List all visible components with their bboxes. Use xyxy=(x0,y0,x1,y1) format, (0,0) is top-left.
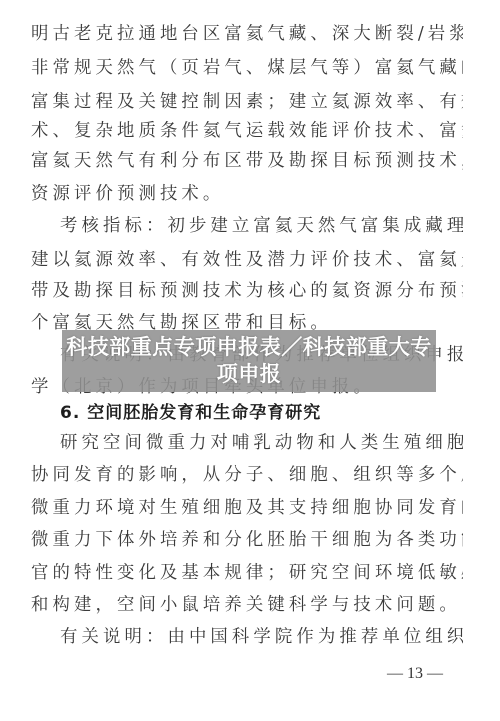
overlay-title: 科技部重点专项申报表／科技部重大专项申报 xyxy=(62,334,436,388)
section-heading: 6. 空间胚胎发育和生命孕育研究 xyxy=(60,400,321,426)
body-text-line: 资源评价预测技术。 xyxy=(31,182,463,206)
body-text-line: 和构建，空间小鼠培养关键科学与技术问题。 xyxy=(31,593,463,617)
body-text-line: 带及勘探目标预测技术为核心的氦资源分布预测技术；提出 3~5 xyxy=(31,279,463,303)
body-text-line: 有关说明：由中国科学院作为推荐单位组织申报，由中国科 xyxy=(60,625,463,649)
body-text-line: 微重力环境对生殖细胞及其支持细胞协同发育的影响；研究空间 xyxy=(31,496,463,520)
body-text-line: 非常规天然气（页岩气、煤层气等）富氦气藏的成藏条件、动态 xyxy=(31,56,463,80)
document-page: 明古老克拉通地台区富氦气藏、深大断裂/岩浆活动区富氦气藏、 非常规天然气（页岩气… xyxy=(0,0,500,721)
body-text-line: 富集过程及关键控制因素；建立氦源效率、有效性及潜力评价技 xyxy=(31,90,463,114)
body-text-line: 微重力下体外培养和分化胚胎干细胞为各类功能细胞、组织及器 xyxy=(31,528,463,552)
page-number: — 13 — xyxy=(385,663,445,685)
body-text-line: 协同发育的影响，从分子、细胞、组织等多个层面，系统地探究 xyxy=(31,463,463,487)
body-text-line: 富氦天然气有利分布区带及勘探目标预测技术，综合集成构建氦 xyxy=(31,149,463,173)
body-text-line: 官的特性变化及基本规律；研究空间环境低敏感小鼠品系的筛选 xyxy=(31,561,463,585)
body-text-line: 考核指标：初步建立富氦天然气富集成藏理论；创新性地构 xyxy=(60,214,463,238)
body-text-line: 研究空间微重力对哺乳动物和人类生殖细胞及其支持细胞 xyxy=(60,431,463,455)
body-text-line: 建以氦源效率、有效性及潜力评价技术、富氦天然气有利分布区 xyxy=(31,248,463,272)
body-text-line: 明古老克拉通地台区富氦气藏、深大断裂/岩浆活动区富氦气藏、 xyxy=(31,22,463,46)
title-overlay-banner: 科技部重点专项申报表／科技部重大专项申报 xyxy=(62,330,436,392)
body-text-line: 术、复杂地质条件氦气运载效能评价技术、富氦气藏成藏条件及 xyxy=(31,119,463,143)
